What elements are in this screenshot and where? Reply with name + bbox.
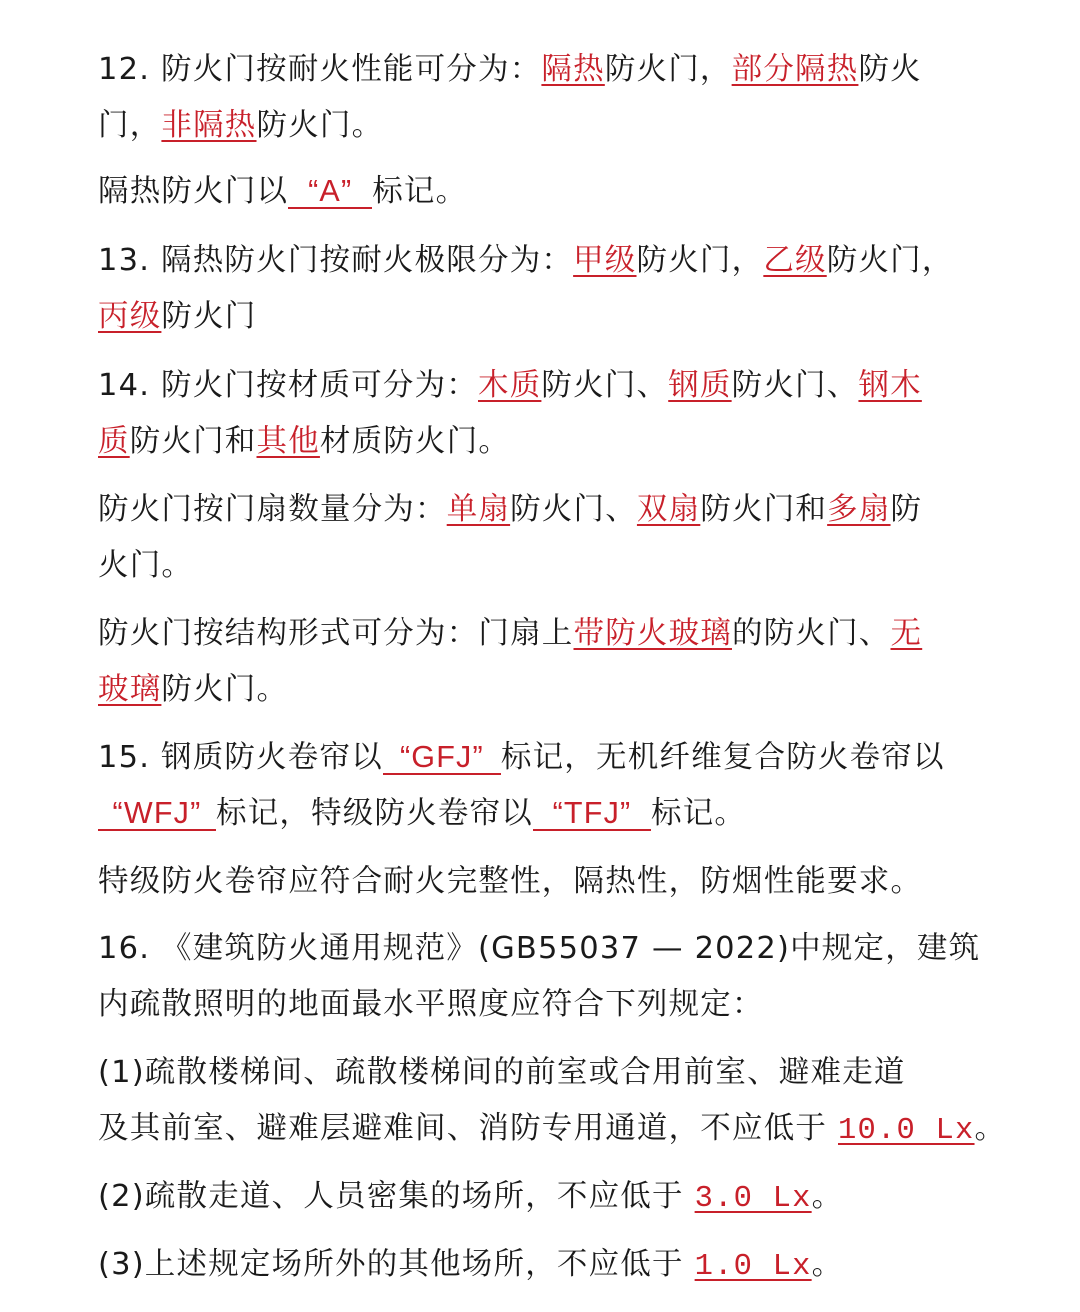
line-structure-b: 玻璃防火门。 — [98, 670, 288, 710]
text: 防火门和 — [130, 424, 257, 459]
text: 防火门。 — [161, 672, 288, 707]
answer-highlight: 质 — [98, 424, 130, 459]
text: 特级防火卷帘应符合耐火完整性，隔热性，防烟性能要求。 — [98, 864, 922, 899]
line-12-c: 隔热防火门以“A”标记。 — [98, 172, 467, 212]
text: 门， — [98, 108, 161, 143]
answer-highlight: 单扇 — [447, 492, 510, 527]
text: (3)上述规定场所外的其他场所，不应低于 — [98, 1247, 695, 1282]
text: 防 — [891, 492, 923, 527]
line-15-c: 特级防火卷帘应符合耐火完整性，隔热性，防烟性能要求。 — [98, 862, 922, 902]
line-structure-a: 防火门按结构形式可分为：门扇上带防火玻璃的防火门、无 — [98, 614, 922, 654]
answer-highlight: 乙级 — [763, 243, 826, 278]
text: 15. 钢质防火卷帘以 — [98, 740, 383, 775]
text: 防火门， — [605, 52, 732, 87]
line-15-b: “WFJ”标记，特级防火卷帘以“TFJ”标记。 — [98, 794, 746, 834]
text: 防火 — [858, 52, 921, 87]
text: 。 — [812, 1179, 844, 1214]
text: 标记，无机纤维复合防火卷帘以 — [501, 740, 945, 775]
answer-highlight: 其他 — [257, 424, 320, 459]
answer-highlight: 带防火玻璃 — [574, 616, 733, 651]
text: 内疏散照明的地面最水平照度应符合下列规定： — [98, 987, 764, 1022]
answer-highlight: 隔热 — [541, 52, 604, 87]
text: (1)疏散楼梯间、疏散楼梯间的前室或合用前室、避难走道 — [98, 1055, 906, 1090]
line-leaf-b: 火门。 — [98, 546, 193, 586]
text: 材质防火门。 — [320, 424, 510, 459]
answer-highlight: 3.0 Lx — [695, 1182, 812, 1216]
text: 防火门， — [637, 243, 764, 278]
answer-highlight: 双扇 — [637, 492, 700, 527]
text: 防火门。 — [257, 108, 384, 143]
line-13-a: 13. 隔热防火门按耐火极限分为：甲级防火门，乙级防火门， — [98, 241, 954, 281]
line-16-2: (2)疏散走道、人员密集的场所，不应低于 3.0 Lx。 — [98, 1177, 843, 1219]
line-14-a: 14. 防火门按材质可分为：木质防火门、钢质防火门、钢木 — [98, 366, 922, 406]
text: 防火门 — [161, 299, 256, 334]
text: 标记。 — [651, 796, 746, 831]
answer-highlight: 10.0 Lx — [838, 1114, 975, 1148]
text: 13. 隔热防火门按耐火极限分为： — [98, 243, 573, 278]
text: 16. 《建筑防火通用规范》(GB55037 — 2022)中规定，建筑 — [98, 931, 980, 966]
line-12-a: 12. 防火门按耐火性能可分为：隔热防火门，部分隔热防火 — [98, 50, 922, 90]
line-16-1b: 及其前室、避难层避难间、消防专用通道，不应低于 10.0 Lx。 — [98, 1109, 1006, 1151]
fill-blank-answer: “GFJ” — [383, 741, 501, 775]
line-14-b: 质防火门和其他材质防火门。 — [98, 422, 510, 462]
text: 防火门、 — [732, 368, 859, 403]
answer-highlight: 玻璃 — [98, 672, 161, 707]
text: 防火门、 — [541, 368, 668, 403]
line-16-3: (3)上述规定场所外的其他场所，不应低于 1.0 Lx。 — [98, 1245, 843, 1287]
text: 。 — [975, 1111, 1007, 1146]
text: 标记，特级防火卷帘以 — [216, 796, 533, 831]
line-leaf-a: 防火门按门扇数量分为：单扇防火门、双扇防火门和多扇防 — [98, 490, 922, 530]
line-16-1a: (1)疏散楼梯间、疏散楼梯间的前室或合用前室、避难走道 — [98, 1053, 906, 1093]
fill-blank-answer: “TFJ” — [533, 797, 651, 831]
text: 防火门， — [827, 243, 954, 278]
text: 及其前室、避难层避难间、消防专用通道，不应低于 — [98, 1111, 838, 1146]
answer-highlight: 1.0 Lx — [695, 1250, 812, 1284]
text: 隔热防火门以 — [98, 174, 288, 209]
line-16-a: 16. 《建筑防火通用规范》(GB55037 — 2022)中规定，建筑 — [98, 929, 980, 969]
text: 防火门、 — [510, 492, 637, 527]
answer-highlight: 非隔热 — [161, 108, 256, 143]
answer-highlight: 钢木 — [858, 368, 921, 403]
text: 的防火门、 — [732, 616, 891, 651]
text: 标记。 — [372, 174, 467, 209]
text: 12. 防火门按耐火性能可分为： — [98, 52, 541, 87]
answer-highlight: 钢质 — [668, 368, 731, 403]
text: (2)疏散走道、人员密集的场所，不应低于 — [98, 1179, 695, 1214]
answer-highlight: 无 — [891, 616, 923, 651]
text: 14. 防火门按材质可分为： — [98, 368, 478, 403]
text: 防火门和 — [700, 492, 827, 527]
answer-highlight: 丙级 — [98, 299, 161, 334]
line-16-b: 内疏散照明的地面最水平照度应符合下列规定： — [98, 985, 764, 1025]
fill-blank-answer: “WFJ” — [98, 797, 216, 831]
fill-blank-answer: “A” — [288, 175, 372, 209]
answer-highlight: 多扇 — [827, 492, 890, 527]
line-15-a: 15. 钢质防火卷帘以“GFJ”标记，无机纤维复合防火卷帘以 — [98, 738, 945, 778]
text: 防火门按门扇数量分为： — [98, 492, 447, 527]
text: 。 — [812, 1247, 844, 1282]
answer-highlight: 部分隔热 — [732, 52, 859, 87]
answer-highlight: 甲级 — [573, 243, 636, 278]
line-13-b: 丙级防火门 — [98, 297, 257, 337]
text: 防火门按结构形式可分为：门扇上 — [98, 616, 574, 651]
line-12-b: 门，非隔热防火门。 — [98, 106, 383, 146]
text: 火门。 — [98, 548, 193, 583]
answer-highlight: 木质 — [478, 368, 541, 403]
